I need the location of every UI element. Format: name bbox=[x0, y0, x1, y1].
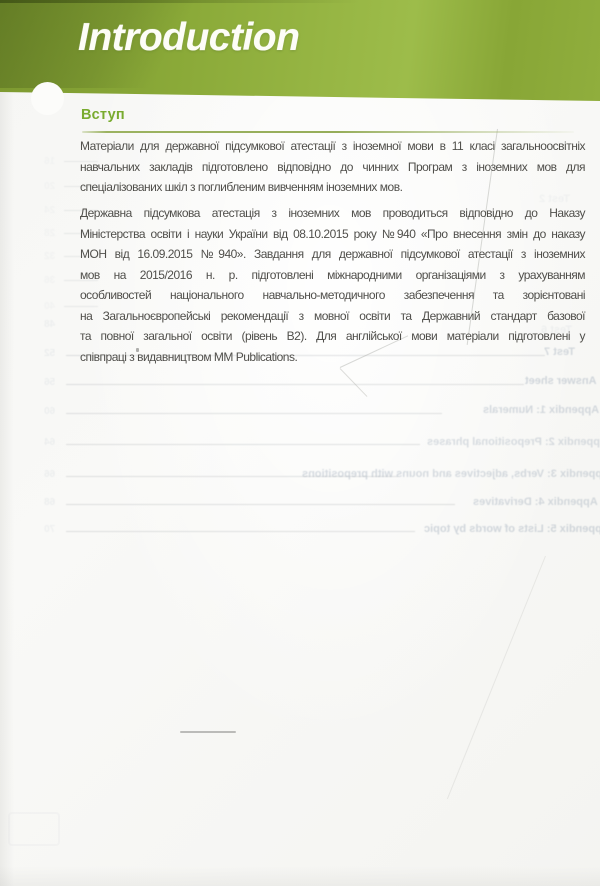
paragraph-line: та повної загальної освіти (рівень В2). … bbox=[80, 326, 585, 347]
heading-divider bbox=[82, 131, 574, 133]
paragraph-line: Міністерства освіти і науки України від … bbox=[80, 224, 585, 245]
scanned-page: Test 2 Test 6 Test 7 Answer sheet Append… bbox=[0, 0, 600, 886]
section-heading: Вступ bbox=[81, 107, 125, 123]
paragraph: Матеріали для державної підсумкової атес… bbox=[80, 136, 585, 198]
paragraph-line: особливостей національного навчально-мет… bbox=[80, 285, 585, 306]
paragraph-line: МОН від 16.09.2015 №940». Завдання для д… bbox=[80, 244, 585, 265]
page-content: Вступ Матеріали для державної підсумково… bbox=[0, 0, 600, 886]
paragraph-line: Державна підсумкова атестація з іноземни… bbox=[80, 203, 585, 224]
paragraph-line: Матеріали для державної підсумкової атес… bbox=[80, 136, 585, 157]
paragraph-line: співпраці з видавництвом MM Publications… bbox=[80, 347, 585, 368]
paragraph-line: на Загальноєвропейські рекомендації з мо… bbox=[80, 306, 585, 327]
paragraph-line: мов на 2015/2016 н. р. підготовлені міжн… bbox=[80, 265, 585, 286]
paragraph: Державна підсумкова атестація з іноземни… bbox=[80, 203, 585, 367]
paragraph-line: спеціалізованих шкіл з поглибленим вивче… bbox=[80, 177, 585, 198]
paragraph-line: навчальних закладів підготовлено відпові… bbox=[80, 157, 585, 178]
